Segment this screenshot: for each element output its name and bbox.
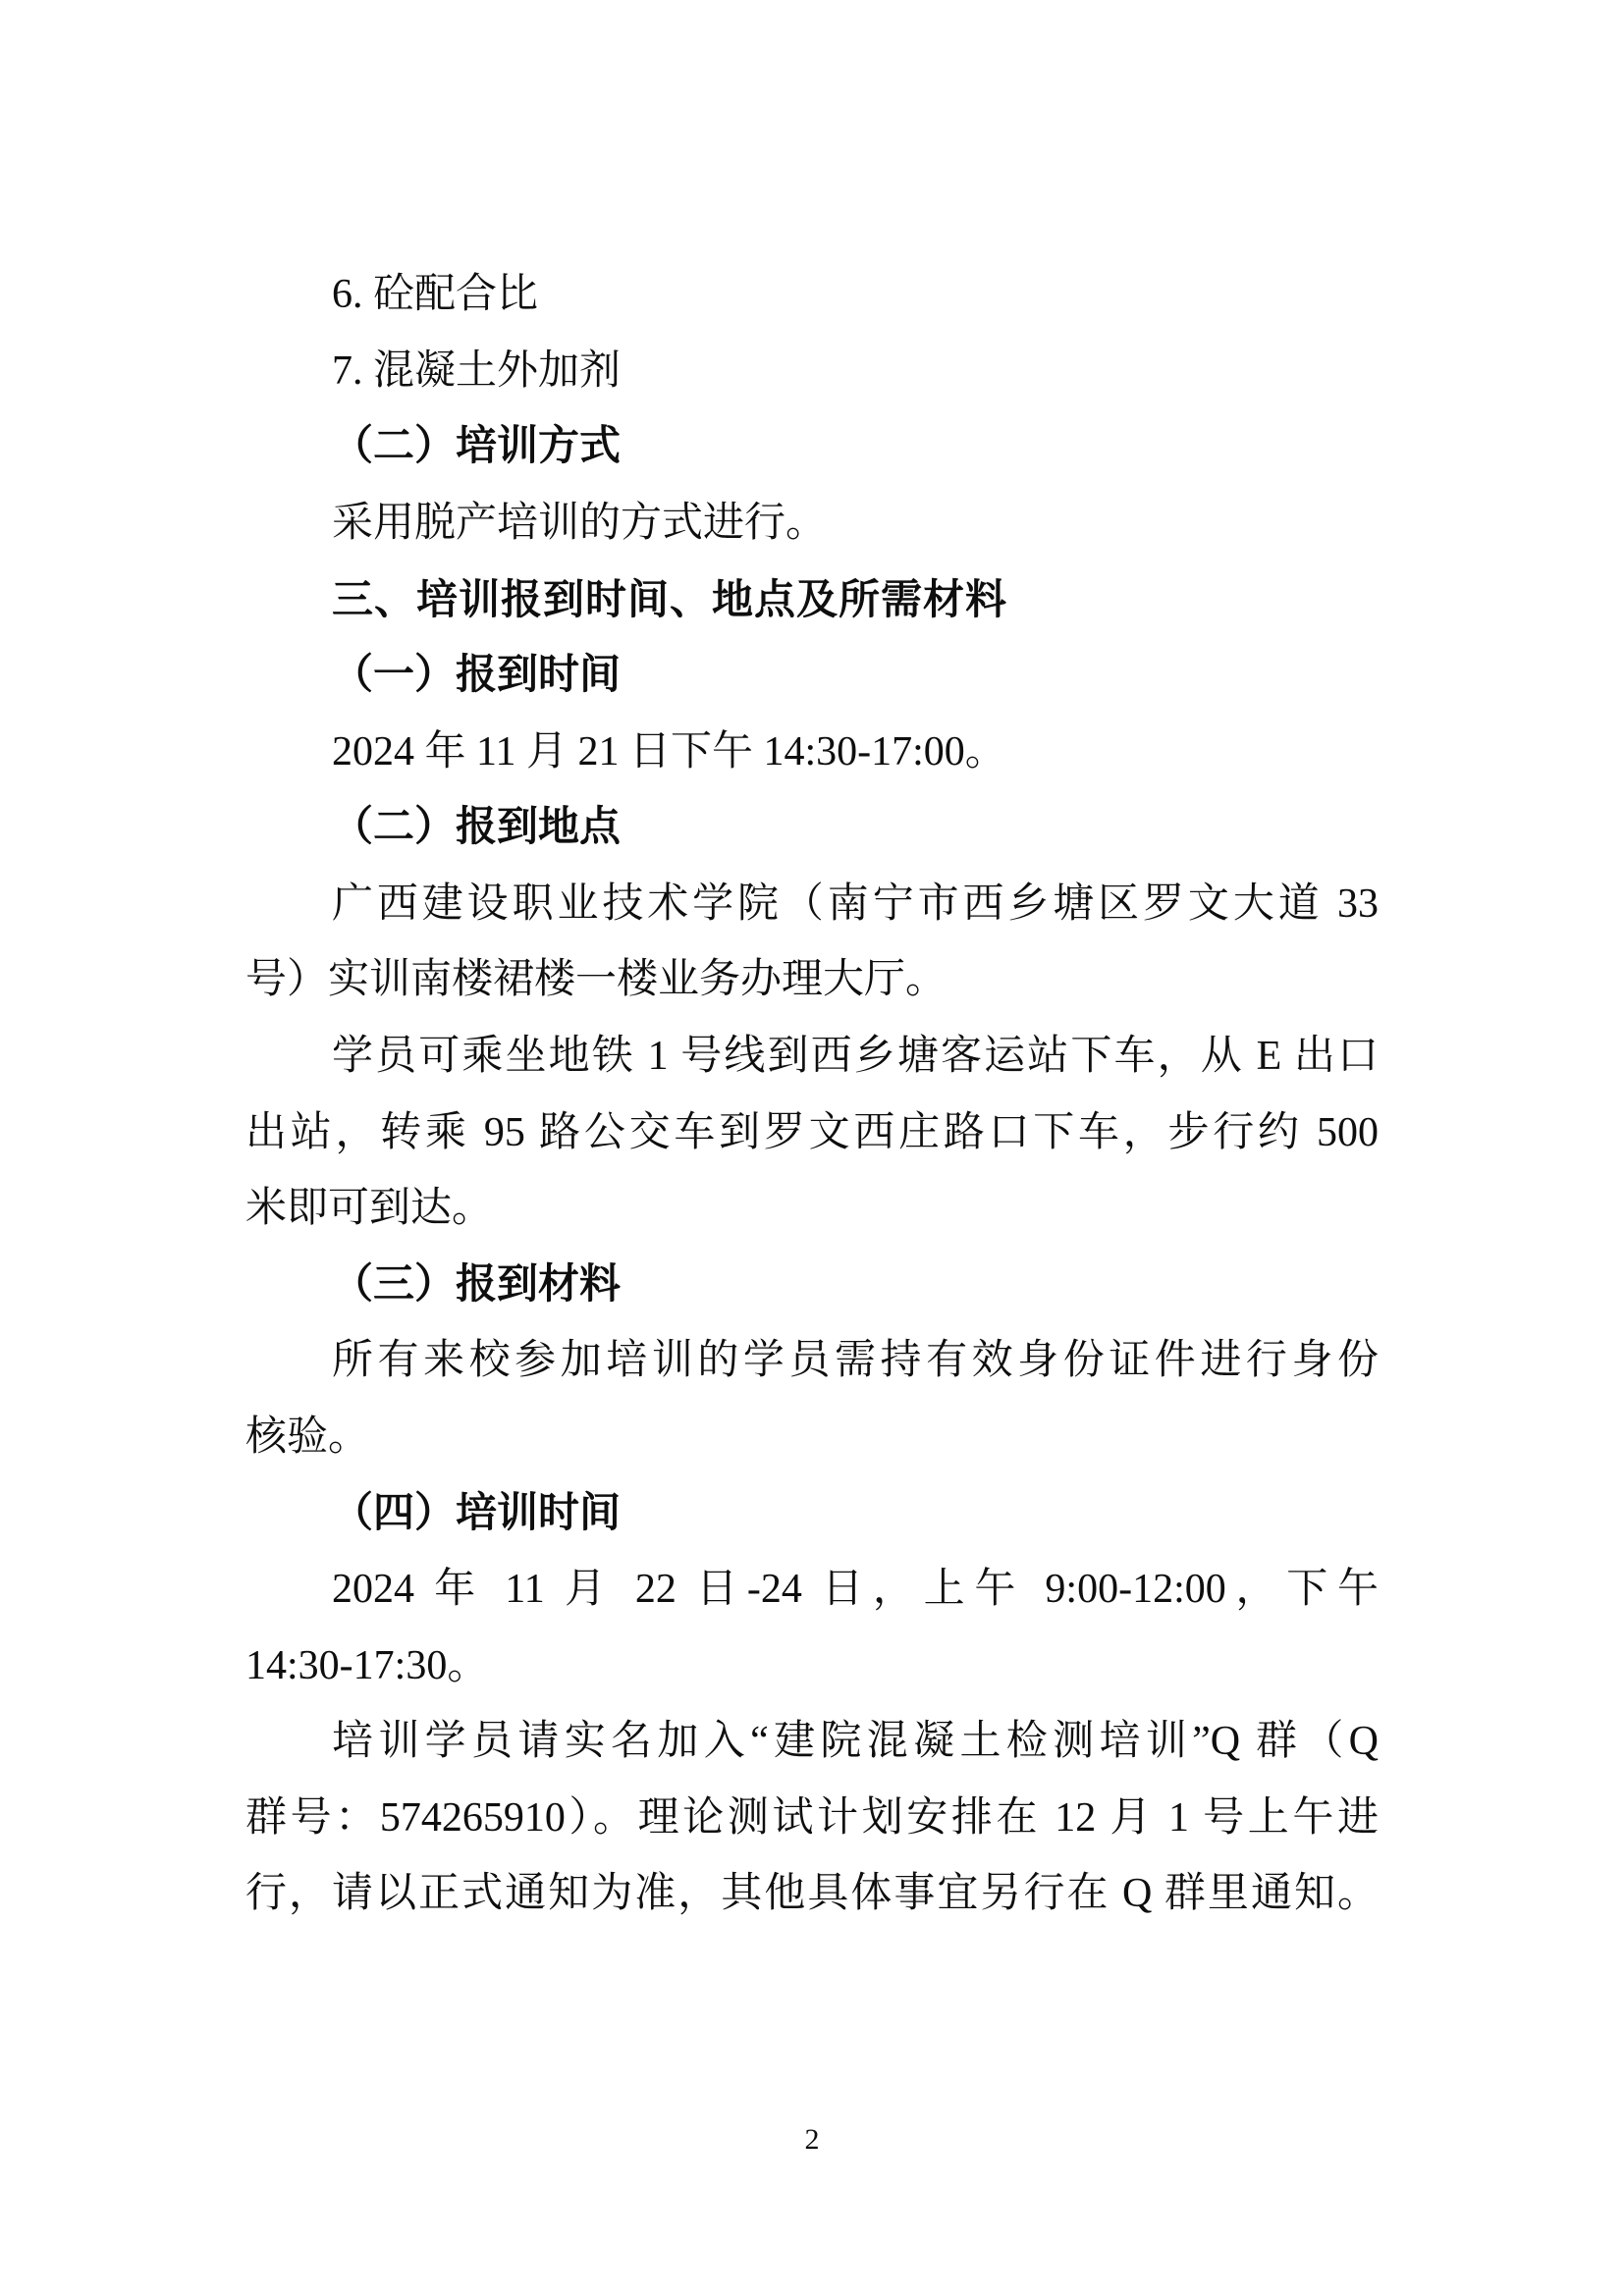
document-page: 6. 砼配合比 7. 混凝土外加剂 （二）培训方式 采用脱产培训的方式进行。 三… — [0, 0, 1624, 2296]
para-training-method: 采用脱产培训的方式进行。 — [245, 486, 1379, 562]
list-item-7: 7. 混凝土外加剂 — [245, 334, 1379, 410]
heading-checkin-materials: （三）报到材料 — [245, 1248, 1379, 1324]
para-transit-line3: 米即可到达。 — [245, 1171, 1379, 1248]
para-qq-group-line1: 培训学员请实名加入“建院混凝土检测培训”Q 群（Q — [245, 1704, 1379, 1781]
para-training-time-line1: 2024 年 11 月 22 日-24 日，上午 9:00-12:00，下午 — [245, 1552, 1379, 1629]
page-number: 2 — [0, 2120, 1624, 2160]
para-transit-line2: 出站，转乘 95 路公交车到罗文西庄路口下车，步行约 500 — [245, 1095, 1379, 1172]
list-item-6: 6. 砼配合比 — [245, 257, 1379, 334]
para-materials-line2: 核验。 — [245, 1400, 1379, 1476]
para-location-line1: 广西建设职业技术学院（南宁市西乡塘区罗文大道 33 — [245, 867, 1379, 943]
para-qq-group-line2: 群号：574265910）。理论测试计划安排在 12 月 1 号上午进 — [245, 1781, 1379, 1857]
para-qq-group-line3: 行，请以正式通知为准，其他具体事宜另行在 Q 群里通知。 — [245, 1856, 1379, 1933]
para-transit-line1: 学员可乘坐地铁 1 号线到西乡塘客运站下车，从 E 出口 — [245, 1019, 1379, 1095]
para-materials-line1: 所有来校参加培训的学员需持有效身份证件进行身份 — [245, 1323, 1379, 1400]
heading-checkin-time: （一）报到时间 — [245, 638, 1379, 715]
heading-section-3: 三、培训报到时间、地点及所需材料 — [245, 561, 1379, 638]
heading-checkin-location: （二）报到地点 — [245, 790, 1379, 867]
para-checkin-time: 2024 年 11 月 21 日下午 14:30-17:00。 — [245, 715, 1379, 791]
heading-training-method: （二）培训方式 — [245, 409, 1379, 486]
document-body: 6. 砼配合比 7. 混凝土外加剂 （二）培训方式 采用脱产培训的方式进行。 三… — [245, 257, 1379, 1933]
heading-training-time: （四）培训时间 — [245, 1476, 1379, 1553]
para-training-time-line2: 14:30-17:30。 — [245, 1629, 1379, 1705]
para-location-line2: 号）实训南楼裙楼一楼业务办理大厅。 — [245, 942, 1379, 1019]
